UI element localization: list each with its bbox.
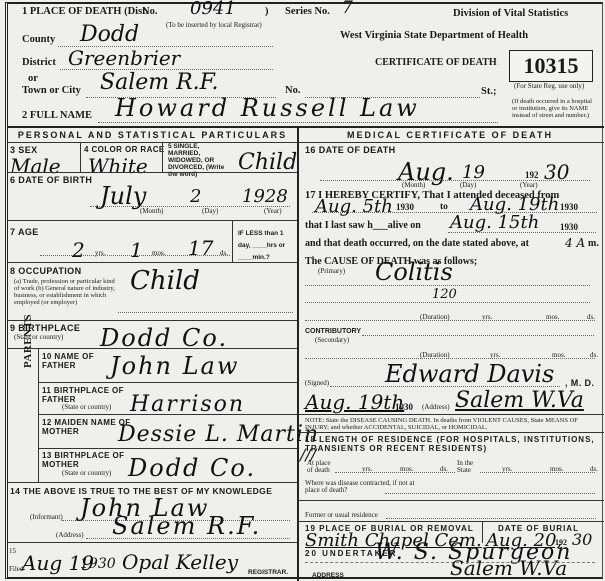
birthplace-label: 9 BIRTHPLACE: [10, 323, 80, 333]
dob-year: 1928: [242, 186, 288, 207]
occurred-text: and that death occurred, on the date sta…: [305, 238, 529, 249]
occupation-value: Child: [130, 266, 200, 296]
death-certificate: 1 PLACE OF DEATH (Dist. No. 0941 ) (To b…: [0, 0, 605, 581]
age-months: 1: [130, 238, 143, 262]
dob-month-caption: (Month): [140, 208, 163, 215]
age-years: 2: [72, 238, 85, 262]
age-label: 7 AGE: [10, 227, 39, 237]
district-value: Greenbrier: [68, 46, 180, 70]
full-name-label: 2 FULL NAME: [22, 110, 92, 121]
county-value: Dodd: [80, 22, 139, 47]
mother-birthplace-note: (State or country): [62, 470, 111, 477]
father-birthplace-note: (State or country): [62, 404, 111, 411]
or-label: or: [28, 73, 38, 84]
dob-year-caption: (Year): [264, 208, 282, 215]
death-time: 4 A: [565, 236, 585, 250]
dod-day: 19: [462, 162, 485, 183]
in-state-mos: mos.: [550, 466, 563, 473]
at-place-yrs: yrs.: [362, 466, 372, 473]
dod-year-prefix: 192: [525, 170, 539, 180]
physician-address: Salem W.Va: [455, 388, 584, 413]
yrs-caption: yrs.: [95, 250, 105, 257]
series-label: Series No.: [285, 6, 330, 17]
town-value: Salem R.F.: [100, 70, 219, 95]
m-label: m.: [588, 238, 599, 249]
department-title: West Virginia State Department of Health: [340, 30, 528, 41]
occupation-note: (a) Trade, profession or particular kind…: [14, 278, 116, 306]
medical-section-title: MEDICAL CERTIFICATE OF DEATH: [300, 130, 600, 140]
undertaker-address: Salem W.Va: [450, 556, 567, 580]
mother-birthplace-value: Dodd Co.: [128, 454, 256, 482]
at-place-mos: mos.: [400, 466, 413, 473]
signed-label: (Signed): [305, 380, 329, 387]
dod-month-caption: (Month): [402, 182, 425, 189]
race-value: White: [88, 154, 148, 178]
physician-address-label: (Address): [422, 404, 450, 411]
last-saw-year: 1930: [560, 222, 578, 232]
informant-address-label: (Address): [56, 532, 84, 539]
primary-code: 120: [432, 287, 457, 302]
certificate-title: CERTIFICATE OF DEATH: [375, 57, 497, 68]
former-residence-label: Former or usual residence: [305, 512, 378, 519]
mos-caption: mos.: [152, 250, 165, 257]
primary-label: (Primary): [318, 268, 345, 275]
primary-cause: Colitis: [375, 258, 453, 286]
father-birthplace-label: 11 BIRTHPLACE OF FATHER: [42, 386, 132, 404]
age-days: 17: [188, 236, 213, 260]
dob-label: 6 DATE OF BIRTH: [10, 175, 92, 185]
dist-no-label: No.: [142, 6, 157, 17]
secondary-label: (Secondary): [315, 337, 349, 344]
informant-label: (Informant): [30, 514, 63, 521]
personal-section-title: PERSONAL AND STATISTICAL PARTICULARS: [10, 130, 295, 140]
at-place-ds: ds.: [440, 466, 448, 473]
contributory-label: CONTRIBUTORY: [305, 328, 361, 335]
informant-address-value: Salem R.F.: [112, 512, 261, 540]
race-label: 4 COLOR OR RACE: [84, 145, 165, 154]
dob-day: 2: [190, 186, 201, 207]
dod-day-caption: (Day): [460, 182, 476, 189]
note-text: NOTE: State the DISEASE CAUSING DEATH. I…: [305, 417, 597, 431]
to-year: 1930: [560, 202, 578, 212]
parents-label: PARENTS: [22, 314, 34, 368]
father-name-label: 10 NAME OF FATHER: [42, 352, 114, 370]
in-state-yrs: yrs.: [502, 466, 512, 473]
residence-label: 18 LENGTH OF RESIDENCE (FOR HOSPITALS, I…: [305, 435, 597, 453]
place-of-death-label: 1 PLACE OF DEATH (Dist.: [22, 6, 148, 17]
physician-signature: Edward Davis: [385, 360, 554, 388]
dod-label: 16 DATE OF DEATH: [305, 145, 396, 155]
if-less-label: IF LESS than 1 day, ____hrs or ____min.?: [238, 228, 294, 264]
signed-year: 1930: [395, 402, 413, 412]
full-name-value: Howard Russell Law: [115, 94, 420, 122]
at-place-label: At place of death: [307, 460, 335, 474]
in-state-ds: ds.: [590, 466, 598, 473]
undertaker-address-label: ADDRESS: [312, 572, 344, 579]
to-label: to: [440, 202, 448, 212]
county-label: County: [22, 34, 55, 45]
mother-birthplace-label: 13 BIRTHPLACE OF MOTHER: [42, 451, 134, 469]
registrar-signature: Opal Kelley: [122, 550, 238, 574]
filed-number: 15: [9, 548, 16, 555]
state-reg-note: (For State Reg. use only): [514, 83, 584, 90]
dod-year-suffix: 30: [544, 160, 569, 184]
town-label: Town or City: [22, 85, 81, 96]
father-name-value: John Law: [110, 352, 239, 380]
dist-no-note: (To be inserted by local Registrar): [166, 22, 262, 29]
burial-year-suffix: 30: [572, 530, 592, 549]
division-title: Division of Vital Statistics: [453, 8, 568, 19]
from-year: 1930: [396, 202, 414, 212]
md-label: , M. D.: [565, 378, 594, 388]
filed-year: 1930: [80, 556, 116, 572]
dob-month: July: [100, 182, 146, 210]
ds-caption: ds.: [220, 250, 228, 257]
attended-from: Aug. 5th: [315, 196, 393, 217]
last-saw-text: that I last saw h___alive on: [305, 220, 421, 231]
dod-year-caption: (Year): [520, 182, 538, 189]
dist-no-value: 0941: [190, 0, 236, 19]
registrar-label: REGISTRAR.: [248, 569, 288, 576]
district-label: District: [22, 57, 56, 68]
st-label: St.;: [481, 86, 496, 97]
dob-day-caption: (Day): [202, 208, 218, 215]
mother-maiden-value: Dessie L. Martin: [118, 422, 319, 447]
signed-date: Aug. 19th: [305, 390, 404, 414]
last-saw-date: Aug. 15th: [450, 212, 539, 233]
occupation-label: 8 OCCUPATION: [10, 266, 81, 276]
hospital-note: (If death occurred in a hospital or inst…: [512, 98, 597, 119]
contracted-label: Where was disease contracted, if not at …: [305, 480, 415, 494]
certificate-number: 10315: [509, 50, 593, 82]
series-no: 7: [342, 0, 353, 18]
